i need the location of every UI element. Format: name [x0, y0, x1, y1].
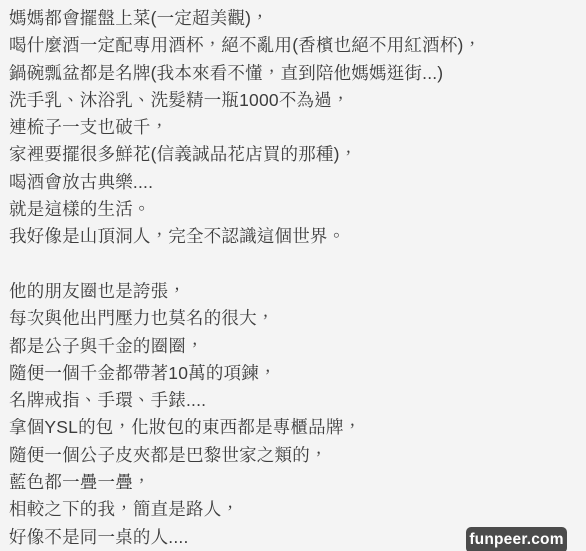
text-line: 拿個YSL的包，化妝包的東西都是專櫃品牌，	[9, 414, 578, 441]
post-text: 媽媽都會擺盤上菜(一定超美觀)， 喝什麼酒一定配專用酒杯，絕不亂用(香檳也絕不用…	[0, 0, 586, 551]
blank-line	[9, 251, 578, 278]
text-line: 我好像是山頂洞人，完全不認識這個世界。	[9, 223, 578, 250]
text-line: 就是這樣的生活。	[9, 196, 578, 223]
text-line: 都是公子與千金的圈圈，	[9, 333, 578, 360]
watermark-badge: funpeer.com	[466, 527, 567, 551]
text-line: 洗手乳、沐浴乳、洗髮精一瓶1000不為過，	[9, 87, 578, 114]
text-line: 隨便一個公子皮夾都是巴黎世家之類的，	[9, 442, 578, 469]
text-line: 名牌戒指、手環、手錶....	[9, 387, 578, 414]
text-line: 隨便一個千金都帶著10萬的項鍊，	[9, 360, 578, 387]
text-line: 鍋碗瓢盆都是名牌(我本來看不懂，直到陪他媽媽逛街...)	[9, 60, 578, 87]
text-line: 家裡要擺很多鮮花(信義誠品花店買的那種)，	[9, 141, 578, 168]
text-line: 相較之下的我，簡直是路人，	[9, 496, 578, 523]
text-line: 媽媽都會擺盤上菜(一定超美觀)，	[9, 5, 578, 32]
text-line: 喝酒會放古典樂....	[9, 169, 578, 196]
text-line: 每次與他出門壓力也莫名的很大，	[9, 305, 578, 332]
text-line: 藍色都一疊一疊，	[9, 469, 578, 496]
text-line: 喝什麼酒一定配專用酒杯，絕不亂用(香檳也絕不用紅酒杯)，	[9, 32, 578, 59]
text-line: 他的朋友圈也是誇張，	[9, 278, 578, 305]
text-line: 連梳子一支也破千，	[9, 114, 578, 141]
